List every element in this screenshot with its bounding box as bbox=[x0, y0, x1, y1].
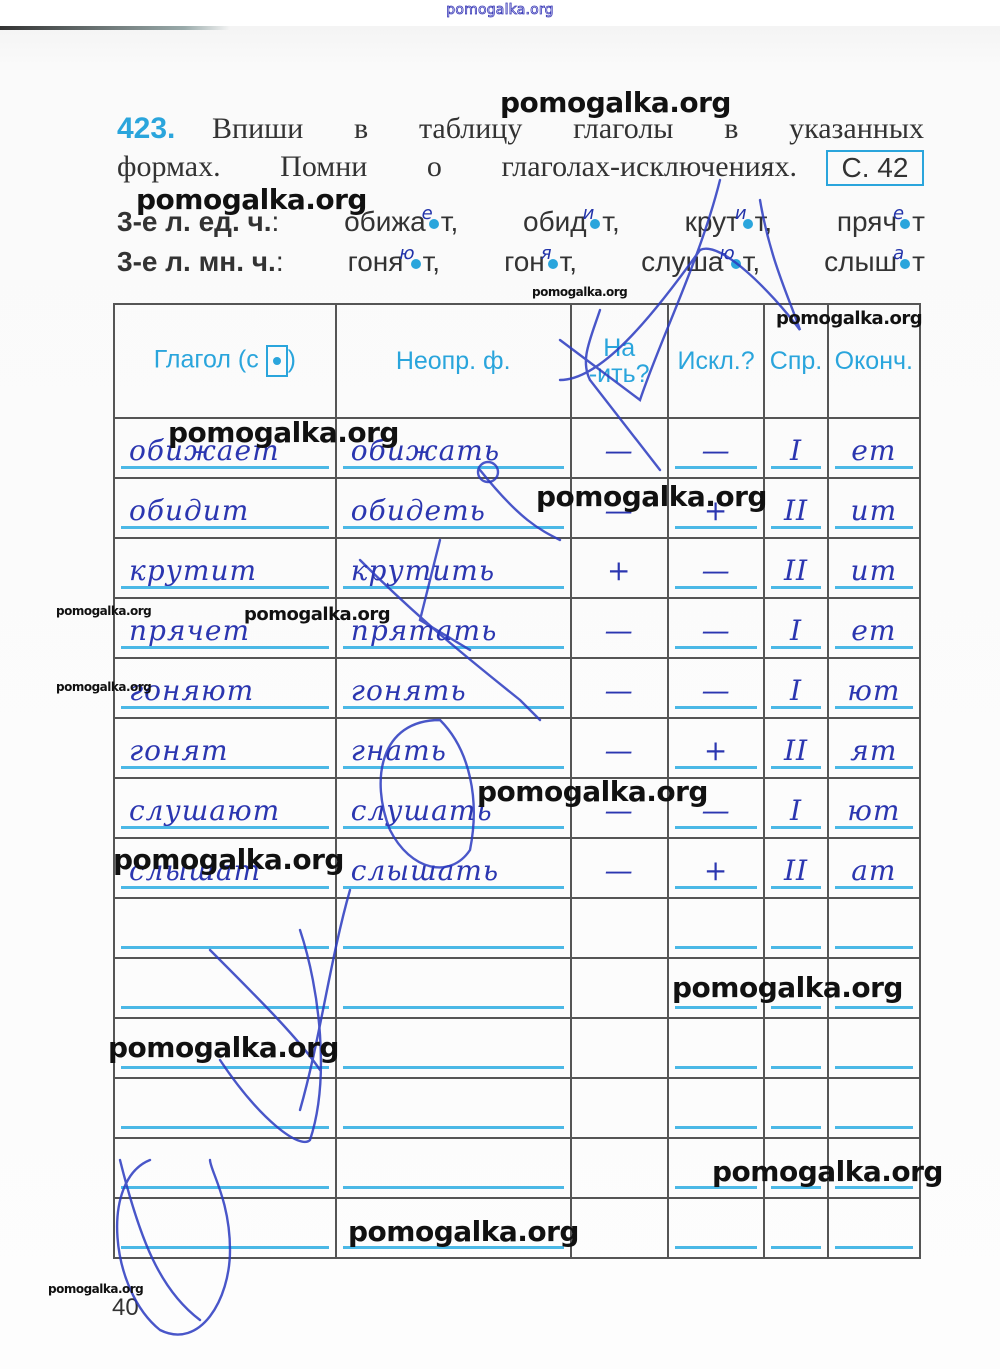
writing-line bbox=[343, 1006, 564, 1009]
handwritten-infinitive: гонять bbox=[351, 674, 467, 707]
writing-line bbox=[835, 1066, 913, 1069]
writing-line bbox=[343, 946, 564, 949]
table-row: обидитобидеть—+IIит bbox=[114, 478, 920, 538]
writing-line bbox=[675, 1066, 758, 1069]
cell-verb[interactable]: крутит bbox=[114, 538, 336, 598]
cell-ends-it[interactable] bbox=[571, 1138, 668, 1198]
writing-line bbox=[771, 1006, 820, 1009]
handwritten-exception: + bbox=[669, 854, 764, 887]
writing-line bbox=[675, 1246, 758, 1249]
cell-verb[interactable] bbox=[114, 1138, 336, 1198]
cell-ends-it[interactable] bbox=[571, 898, 668, 958]
cell-exception[interactable]: — bbox=[668, 598, 765, 658]
handwritten-ends-it: + bbox=[572, 554, 667, 587]
cell-exception[interactable] bbox=[668, 1078, 765, 1138]
cell-verb[interactable]: гонят bbox=[114, 718, 336, 778]
table-row: прячетпрятать——Iет bbox=[114, 598, 920, 658]
handwritten-exception: + bbox=[669, 734, 764, 767]
cell-verb[interactable]: обидит bbox=[114, 478, 336, 538]
handwritten-ending: ют bbox=[829, 794, 919, 827]
table-row: крутиткрутить+—IIит bbox=[114, 538, 920, 598]
cell-infinitive[interactable] bbox=[336, 898, 571, 958]
handwritten-exception: — bbox=[669, 554, 764, 587]
cell-ending[interactable] bbox=[828, 1018, 920, 1078]
cell-infinitive[interactable] bbox=[336, 1138, 571, 1198]
cell-verb[interactable] bbox=[114, 1078, 336, 1138]
cell-ending[interactable]: ет bbox=[828, 598, 920, 658]
word: формах. bbox=[117, 150, 221, 184]
cell-infinitive[interactable]: гнать bbox=[336, 718, 571, 778]
watermark: pomogalka.org bbox=[113, 843, 344, 876]
writing-line bbox=[121, 1186, 329, 1189]
cell-conjugation[interactable]: I bbox=[764, 778, 827, 838]
cell-verb[interactable] bbox=[114, 898, 336, 958]
cell-ending[interactable] bbox=[828, 1078, 920, 1138]
cell-conjugation[interactable]: II bbox=[764, 718, 827, 778]
writing-line bbox=[121, 1246, 329, 1249]
cell-infinitive[interactable] bbox=[336, 1018, 571, 1078]
handwritten-ends-it: — bbox=[572, 734, 667, 767]
form-word: слышат bbox=[824, 246, 925, 278]
writing-line bbox=[835, 946, 913, 949]
cell-ends-it[interactable] bbox=[571, 958, 668, 1018]
handwritten-verb: слушают bbox=[129, 794, 280, 827]
handwritten-ending: ют bbox=[829, 674, 919, 707]
form-word: гоняют, bbox=[348, 246, 440, 278]
watermark: pomogalka.org bbox=[536, 480, 767, 513]
cell-ending[interactable]: ет bbox=[828, 418, 920, 478]
handwritten-exception: — bbox=[669, 674, 764, 707]
form-word: гонят, bbox=[504, 246, 577, 278]
cell-conjugation[interactable]: II bbox=[764, 538, 827, 598]
cell-ending[interactable]: ит bbox=[828, 478, 920, 538]
writing-line bbox=[771, 1066, 820, 1069]
word: Помни bbox=[280, 150, 367, 184]
cell-infinitive[interactable]: гонять bbox=[336, 658, 571, 718]
handwritten-conjugation: II bbox=[765, 854, 826, 887]
watermark: pomogalka.org bbox=[712, 1155, 943, 1188]
cell-exception[interactable]: — bbox=[668, 538, 765, 598]
writing-line bbox=[835, 1126, 913, 1129]
writing-line bbox=[675, 1006, 758, 1009]
handwritten-verb: прячет bbox=[129, 614, 250, 647]
handwritten-ends-it: — bbox=[572, 614, 667, 647]
cell-ends-it[interactable]: — bbox=[571, 718, 668, 778]
handwritten-infinitive: слушать bbox=[351, 794, 493, 827]
cell-ends-it[interactable] bbox=[571, 1018, 668, 1078]
handwritten-ending: ит bbox=[829, 494, 919, 527]
cell-ends-it[interactable]: + bbox=[571, 538, 668, 598]
table-row: гоняютгонять——Iют bbox=[114, 658, 920, 718]
cell-exception[interactable]: + bbox=[668, 838, 765, 898]
watermark: pomogalka.org bbox=[56, 604, 151, 618]
writing-line bbox=[343, 1066, 564, 1069]
cell-ends-it[interactable]: — bbox=[571, 418, 668, 478]
handwritten-verb: гонят bbox=[129, 734, 229, 767]
plural-forms-line: 3-е л. мн. ч.: гоняют, гонят, слушают, с… bbox=[117, 246, 925, 278]
exercise-number: 423. bbox=[117, 112, 175, 146]
writing-line bbox=[771, 1126, 820, 1129]
word: глаголах-исключениях. bbox=[501, 150, 797, 184]
writing-line bbox=[771, 1246, 820, 1249]
writing-line bbox=[835, 1246, 913, 1249]
handwritten-infinitive: обидеть bbox=[351, 494, 486, 527]
handwritten-conjugation: II bbox=[765, 554, 826, 587]
page-number: 40 bbox=[112, 1294, 139, 1322]
cell-ends-it[interactable]: — bbox=[571, 658, 668, 718]
page-edge-shadow bbox=[0, 26, 230, 30]
cell-infinitive[interactable] bbox=[336, 958, 571, 1018]
header-infinitive: Неопр. ф. bbox=[336, 304, 571, 418]
top-watermark: pomogalka.org bbox=[0, 2, 1000, 18]
handwritten-ending: ет bbox=[829, 434, 919, 467]
handwritten-infinitive: крутить bbox=[351, 554, 495, 587]
form-word: обидит, bbox=[523, 206, 620, 238]
header-ends-it: На-ить? bbox=[571, 304, 668, 418]
handwritten-infinitive: гнать bbox=[351, 734, 447, 767]
page-reference-box: С. 42 bbox=[826, 150, 924, 186]
cell-ending[interactable]: ат bbox=[828, 838, 920, 898]
watermark: pomogalka.org bbox=[776, 308, 922, 329]
form-word: прячет bbox=[837, 206, 925, 238]
writing-line bbox=[121, 1126, 329, 1129]
handwritten-ending: ет bbox=[829, 614, 919, 647]
cell-infinitive[interactable] bbox=[336, 1078, 571, 1138]
writing-line bbox=[121, 1006, 329, 1009]
word: Впиши bbox=[212, 112, 303, 146]
plural-label: 3-е л. мн. ч. bbox=[117, 246, 276, 277]
watermark: pomogalka.org bbox=[532, 285, 627, 299]
handwritten-conjugation: I bbox=[765, 674, 826, 707]
cell-infinitive[interactable]: крутить bbox=[336, 538, 571, 598]
cell-conjugation[interactable]: I bbox=[764, 658, 827, 718]
handwritten-ending: ят bbox=[829, 734, 919, 767]
cell-ending[interactable] bbox=[828, 1198, 920, 1258]
cell-exception[interactable]: + bbox=[668, 718, 765, 778]
watermark: pomogalka.org bbox=[244, 604, 390, 625]
watermark: pomogalka.org bbox=[136, 183, 367, 216]
watermark: pomogalka.org bbox=[108, 1031, 339, 1064]
handwritten-ends-it: — bbox=[572, 854, 667, 887]
writing-line bbox=[121, 946, 329, 949]
word: указанных bbox=[789, 112, 924, 146]
word: о bbox=[427, 150, 442, 184]
cell-conjugation[interactable] bbox=[764, 1018, 827, 1078]
cell-ending[interactable] bbox=[828, 898, 920, 958]
header-verb: Глагол (с ) bbox=[114, 304, 336, 418]
cell-exception[interactable] bbox=[668, 1198, 765, 1258]
cell-verb[interactable]: слушают bbox=[114, 778, 336, 838]
writing-line bbox=[675, 946, 758, 949]
cell-verb[interactable] bbox=[114, 1198, 336, 1258]
cell-verb[interactable] bbox=[114, 958, 336, 1018]
writing-line bbox=[771, 946, 820, 949]
table-row bbox=[114, 898, 920, 958]
handwritten-ending: ат bbox=[829, 854, 919, 887]
cell-conjugation[interactable] bbox=[764, 1198, 827, 1258]
cell-ends-it[interactable]: — bbox=[571, 598, 668, 658]
handwritten-verb: обидит bbox=[129, 494, 249, 527]
writing-line bbox=[121, 1066, 329, 1069]
cell-conjugation[interactable] bbox=[764, 898, 827, 958]
watermark: pomogalka.org bbox=[348, 1215, 579, 1248]
cell-ends-it[interactable] bbox=[571, 1078, 668, 1138]
watermark: pomogalka.org bbox=[168, 416, 399, 449]
writing-line bbox=[675, 1126, 758, 1129]
handwritten-conjugation: I bbox=[765, 794, 826, 827]
handwritten-verb: крутит bbox=[129, 554, 257, 587]
writing-line bbox=[343, 1186, 564, 1189]
cell-ends-it[interactable]: — bbox=[571, 838, 668, 898]
handwritten-conjugation: II bbox=[765, 494, 826, 527]
handwritten-exception: — bbox=[669, 434, 764, 467]
cell-infinitive[interactable]: слышать bbox=[336, 838, 571, 898]
handwritten-ends-it: — bbox=[572, 674, 667, 707]
cell-exception[interactable]: — bbox=[668, 658, 765, 718]
table-row: гонятгнать—+IIят bbox=[114, 718, 920, 778]
cell-exception[interactable] bbox=[668, 1018, 765, 1078]
handwritten-conjugation: I bbox=[765, 614, 826, 647]
cell-conjugation[interactable]: II bbox=[764, 478, 827, 538]
cell-ends-it[interactable] bbox=[571, 1198, 668, 1258]
handwritten-conjugation: II bbox=[765, 734, 826, 767]
handwritten-exception: — bbox=[669, 614, 764, 647]
writing-line bbox=[343, 1126, 564, 1129]
cell-conjugation[interactable]: II bbox=[764, 838, 827, 898]
cell-conjugation[interactable]: I bbox=[764, 418, 827, 478]
watermark: pomogalka.org bbox=[56, 680, 151, 694]
writing-line bbox=[835, 1006, 913, 1009]
gap-box-icon bbox=[266, 345, 288, 377]
watermark: pomogalka.org bbox=[48, 1282, 143, 1296]
instruction-line-2: формах. Помни о глаголах-исключениях. bbox=[117, 150, 797, 184]
header-exception: Искл.? bbox=[668, 304, 765, 418]
cell-conjugation[interactable]: I bbox=[764, 598, 827, 658]
form-word: слушают, bbox=[641, 246, 760, 278]
cell-exception[interactable]: — bbox=[668, 418, 765, 478]
cell-exception[interactable] bbox=[668, 898, 765, 958]
handwritten-conjugation: I bbox=[765, 434, 826, 467]
cell-ending[interactable]: ют bbox=[828, 658, 920, 718]
watermark: pomogalka.org bbox=[477, 775, 708, 808]
watermark: pomogalka.org bbox=[672, 971, 903, 1004]
handwritten-ends-it: — bbox=[572, 434, 667, 467]
cell-ending[interactable]: ят bbox=[828, 718, 920, 778]
cell-ending[interactable]: ит bbox=[828, 538, 920, 598]
cell-conjugation[interactable] bbox=[764, 1078, 827, 1138]
word: в bbox=[354, 112, 368, 146]
form-word: крутит, bbox=[685, 206, 773, 238]
handwritten-ending: ит bbox=[829, 554, 919, 587]
handwritten-infinitive: слышать bbox=[351, 854, 499, 887]
cell-ending[interactable]: ют bbox=[828, 778, 920, 838]
table-row bbox=[114, 1078, 920, 1138]
watermark: pomogalka.org bbox=[500, 86, 731, 119]
